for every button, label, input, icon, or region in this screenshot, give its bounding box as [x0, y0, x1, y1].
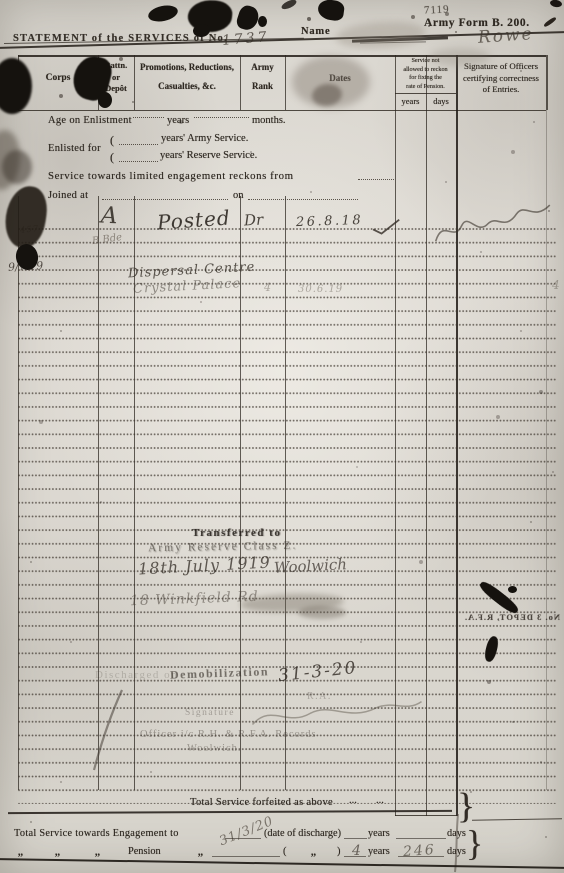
forfeited-box-bottom [395, 815, 457, 816]
ink-blob [280, 0, 297, 11]
paper-smudge [430, 48, 490, 66]
rank-line2: Rank [240, 81, 285, 91]
ink-blob [508, 586, 517, 593]
engagement-date-blank [225, 838, 261, 839]
entry1-event: Posted [156, 205, 231, 234]
totals-double-rule [8, 810, 452, 814]
pension-ditto-3: ,, [95, 847, 100, 858]
pencil-stroke [88, 688, 128, 772]
age-years-blank [133, 117, 164, 118]
joined-at-label: Joined at [48, 190, 88, 201]
name-area-smudge [335, 19, 427, 51]
entry1-date: 26.8.18 [296, 213, 364, 230]
signature-faint-label: Signature [185, 708, 235, 718]
age-years-label: years [167, 115, 189, 126]
limited-engagement-blank [358, 179, 394, 180]
pension-days-handwritten: 246 [402, 842, 436, 860]
pension-date-blank [212, 856, 280, 857]
forfeited-dots-1: ... [349, 795, 357, 806]
transferred-stamp-line1: Transferred to [192, 527, 281, 539]
ink-blob [0, 58, 32, 114]
service-number-handwritten: 1737 [221, 29, 270, 49]
ink-blob [235, 3, 261, 32]
forfeited-dash-line [472, 818, 562, 821]
ink-blob [147, 3, 179, 24]
engagement-days-blank [396, 838, 446, 839]
pension-label: Pension [128, 846, 161, 857]
army-service-label: years' Army Service. [161, 133, 248, 144]
forfeited-label: Total Service forfeited as above [190, 797, 333, 808]
pension-note-line3: for fixing the [395, 74, 456, 83]
engagement-label: Total Service towards Engagement to [14, 828, 179, 839]
pension-ditto-2: ,, [55, 847, 60, 858]
enlisted-paren-1: ( [110, 133, 114, 148]
totals-brace: } [466, 822, 483, 864]
ink-blob [98, 92, 112, 108]
ink-mark [543, 16, 557, 27]
reserve-service-blank [119, 161, 158, 162]
grid-line [546, 55, 548, 110]
reserve-service-label: years' Reserve Service. [160, 150, 257, 161]
entry1-checkmark [371, 217, 403, 238]
records-place-stamp: Woolwich. [187, 743, 242, 754]
engagement-years-label: years [368, 828, 390, 839]
signature-line2: certifying correctness [456, 73, 546, 85]
pension-years-label: years [368, 846, 390, 857]
entry2-date: 30.6.19 [298, 284, 343, 295]
enlisted-for-label: Enlisted for [48, 143, 101, 154]
pension-paren-close: ) [337, 846, 341, 857]
pension-ditto-1: ,, [18, 847, 23, 858]
column-header-rank: Army Rank [240, 62, 285, 91]
table-header-bottom-border [18, 110, 546, 111]
bleedthrough-number: 7119 [424, 3, 450, 16]
paper-speckles [0, 0, 2, 2]
pension-note-line2: allowed to reckon [395, 66, 456, 75]
entry1-rank: Dr [244, 211, 264, 230]
pension-paren-ditto: ,, [311, 847, 316, 858]
records-office-stamp: Officer i/c R.H. & R.F.A. Records [140, 729, 317, 740]
joined-on-blank [248, 199, 358, 200]
pension-paren-open: ( [283, 846, 287, 857]
entry2-rank: 4 [264, 281, 271, 294]
paper-smear [2, 150, 32, 184]
pencil-stroke-bottom [450, 812, 464, 873]
pension-note-line4: rate of Pension. [395, 83, 456, 92]
joined-on-label: on [233, 190, 244, 201]
age-months-label: months. [252, 115, 286, 126]
promotions-line1: Promotions, Reductions, [134, 62, 240, 72]
bleedthrough-reversed-stamp: No. 3 DEPOT, R.F.A. [430, 612, 560, 622]
limited-engagement-label: Service towards limited engagement recko… [48, 170, 294, 182]
pension-days-blank [398, 856, 444, 857]
signature-line3: of Entries. [456, 84, 546, 96]
column-header-years: years [395, 96, 426, 106]
entry1-battn: A [100, 203, 118, 230]
promotions-line2: Casualties, &c. [134, 81, 240, 91]
column-header-signature: Signature of Officers certifying correct… [456, 61, 546, 96]
discharge-paren-label: (date of discharge) [264, 828, 341, 839]
ink-blob [258, 16, 267, 27]
forfeited-dots-2: ... [376, 795, 384, 806]
rank-line1: Army [240, 62, 285, 72]
enlisted-paren-2: ( [110, 150, 114, 165]
column-header-promotions: Promotions, Reductions, Casualties, &c. [134, 62, 240, 91]
army-form-b200-scan: 7119 Army Form B. 200. STATEMENT of the … [0, 0, 564, 873]
age-months-blank [194, 117, 249, 118]
transfer-place-handwritten: Woolwich [274, 555, 348, 577]
joined-at-blank [102, 199, 228, 200]
pension-years-blank [344, 856, 366, 857]
entry2-margin-mark: 4 [552, 278, 560, 292]
column-header-days: days [426, 96, 456, 106]
army-service-blank [119, 144, 158, 145]
ink-mark [549, 0, 562, 8]
name-label: Name [301, 26, 330, 37]
demob-stamp-prefix: Discharged on [95, 669, 178, 681]
address-smudge-2 [298, 606, 346, 619]
ink-blob [317, 0, 346, 22]
engagement-years-blank [344, 838, 367, 839]
pension-ditto-4: ,, [198, 847, 203, 858]
name-value-handwritten: Rowe [477, 24, 534, 48]
age-enlistment-label: Age on Enlistment [48, 115, 132, 126]
